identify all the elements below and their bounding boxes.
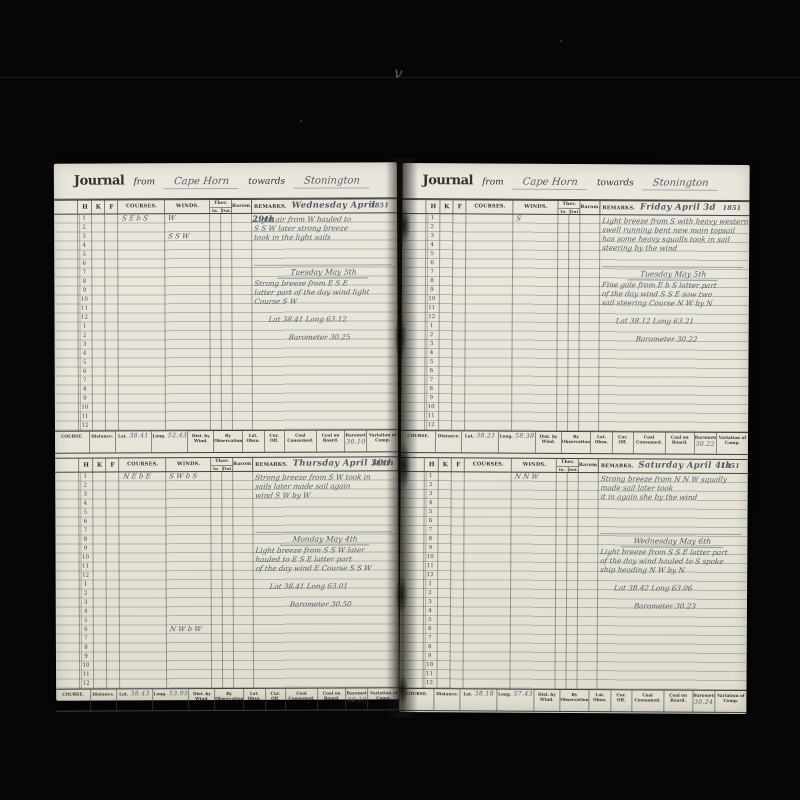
year-handwritten: 1851 [722, 202, 741, 215]
from-place-handwritten: Cape Horn [163, 176, 239, 189]
footer-label: Dist. by Wind. [540, 434, 558, 444]
hour-label: 8 [425, 277, 439, 286]
footer-cell: Coal Consumed. [632, 690, 664, 711]
hour-label: 4 [78, 350, 92, 359]
hour-grid: 123456789101112123456789101112S E b SWS … [54, 213, 398, 430]
footer-cell: Long. 53.95 [153, 689, 190, 710]
footer-label: Long. [498, 692, 511, 697]
wind-note-handwritten: N N W [514, 473, 539, 481]
footer-label: Barometer. [695, 435, 717, 440]
hour-label: 7 [78, 377, 92, 386]
column-rule [220, 214, 222, 430]
footer-value-handwritten: 57.43 [511, 691, 533, 698]
year-handwritten: 1851 [721, 460, 740, 473]
footer-label: Barometer. [347, 690, 369, 695]
footer-cell: Barometer. 30.24 [693, 691, 715, 712]
footer-label: Lat. [119, 691, 128, 696]
footer-label: Variation of Comp. [369, 432, 397, 442]
hour-label: 9 [423, 544, 437, 553]
summary-footer: COURSE.Distance.Lat. 38.21Long. 58.38Dis… [401, 430, 748, 455]
footer-cell: By Observation. [215, 689, 244, 710]
footer-value-handwritten: 38.21 [474, 432, 496, 439]
col-thermometer: Ther. In. Out. [557, 201, 580, 214]
remarks-entry: Tuesday May 5thFine gale from E b S latt… [602, 269, 745, 344]
log-section: H K F COURSES. WINDS. Ther. In. Out. Bar… [399, 457, 748, 713]
footer-cell: Barometer. 30.10 [345, 430, 367, 451]
footer-label: Coal on Board. [322, 433, 340, 443]
footer-label: By Observation. [560, 692, 589, 702]
hour-label: 1 [423, 580, 437, 589]
col-remarks: REMARKS. Thursday April 30th 1851 [252, 457, 398, 471]
footer-cell: By Observation. [560, 690, 589, 711]
entry-separator [255, 531, 392, 533]
year-handwritten: 1851 [371, 457, 390, 470]
lat-long-note: Lat 38.41 Long 63.01 [269, 581, 395, 591]
footer-label: Lat. [118, 433, 127, 438]
hour-label: 6 [423, 625, 437, 634]
footer-label: By Observation. [215, 691, 244, 701]
footer-cell: Lat. 38.41 [116, 431, 153, 452]
hour-label: 12 [424, 421, 438, 430]
entry-date-text: Monday May 4th [280, 534, 370, 545]
hour-label: 8 [423, 535, 437, 544]
hour-label: 2 [423, 589, 437, 598]
footer-label: COURSE. [406, 691, 428, 696]
footer-label: Coal Consumed. [636, 434, 662, 444]
footer-label: Coal Consumed. [634, 692, 660, 702]
footer-cell: Coal on Board. [318, 688, 347, 709]
col-hours: H [424, 458, 439, 471]
column-rule [449, 472, 451, 688]
journal-page-right: Journal from Cape Horn towards Stoningto… [399, 163, 749, 714]
hour-label: 10 [424, 403, 438, 412]
remark-line: wind S W by W [255, 490, 395, 500]
lat-long-note: Lat 38.12 Long 63.21 [615, 316, 745, 326]
entry-date-heading: Tuesday May 5th [602, 269, 745, 281]
from-label: from [133, 177, 155, 187]
journal-page-left: Journal from Cape Horn towards Stoningto… [54, 162, 399, 700]
footer-label: Lat. Obsn. [248, 691, 261, 701]
remark-line: sail steering Course N W by N [601, 298, 745, 308]
column-rule [578, 215, 580, 431]
barometer-note: Barometer 30.50 [289, 599, 395, 608]
footer-label: Coal Consumed. [287, 433, 313, 443]
hour-label: 4 [425, 241, 439, 250]
hour-label: 6 [77, 260, 91, 269]
hour-grid: 123456789101112123456789101112SLight bre… [401, 214, 749, 432]
remarks-entry: Tuesday May 5thStrong breeze from E S El… [254, 267, 393, 342]
footer-label: Distance. [92, 691, 114, 696]
column-rule [118, 472, 120, 688]
hour-label: 6 [78, 368, 92, 377]
hour-label: 8 [424, 385, 438, 394]
footer-label: Barometer. [345, 432, 367, 437]
footer-label: Lat. [465, 433, 474, 438]
hour-label: 4 [78, 500, 92, 509]
hour-label: 12 [423, 571, 437, 580]
footer-cell: Long. 58.38 [499, 432, 536, 453]
col-knots: K [91, 201, 105, 214]
remark-line: ship heading N W by N [600, 565, 744, 575]
column-rule [509, 473, 511, 689]
remark-line: Course S W [254, 296, 394, 306]
column-rule [221, 472, 223, 688]
hour-label: 3 [79, 599, 93, 608]
column-rule [209, 214, 211, 430]
footer-value-handwritten: 30.10 [345, 439, 366, 444]
footer-cell: Dist. by Wind. [536, 432, 562, 453]
footer-label: COURSE. [407, 433, 429, 438]
col-fathoms: F [451, 458, 465, 471]
remark-line: steering by the wind [602, 243, 746, 253]
footer-label: Coal on Board. [669, 693, 687, 703]
col-winds: WINDS. [165, 458, 211, 471]
hour-label: 3 [425, 232, 439, 241]
hour-label: 8 [78, 536, 92, 545]
entry-date-heading: Tuesday May 5th [254, 267, 393, 279]
footer-value-handwritten: 53.95 [167, 690, 189, 697]
footer-cell: Cur. Off. [265, 431, 285, 452]
footer-cell: COURSE. [401, 431, 436, 452]
column-rule [565, 473, 567, 689]
hour-label: 11 [79, 671, 93, 680]
hour-label: 12 [79, 680, 93, 689]
footer-label: Distance. [438, 433, 460, 438]
hour-label: 11 [79, 563, 93, 572]
hour-label: 2 [77, 224, 91, 233]
barometer-note: Barometer 30.23 [633, 601, 743, 611]
column-rule [251, 214, 253, 430]
barometer-note: Barometer 30.22 [635, 334, 745, 344]
remarks-entry: Strong breeze from S W took insails late… [255, 472, 394, 500]
footer-cell: Coal on Board. [664, 691, 693, 712]
hour-label: 9 [77, 287, 91, 296]
footer-cell: Dist. by Wind. [534, 690, 560, 711]
footer-label: By Observation. [214, 433, 243, 443]
col-barometer: Barom. [231, 200, 252, 213]
footer-value-handwritten: 58.38 [513, 433, 535, 440]
col-thermometer: Ther. In. Out. [210, 458, 233, 471]
remarks-label: REMARKS. [253, 462, 288, 468]
col-winds: WINDS. [512, 201, 558, 214]
footer-value-handwritten: 38.18 [472, 690, 494, 697]
remark-line: took in the light sails [254, 232, 394, 242]
ink-mark: v [393, 63, 404, 82]
footer-label: Variation of Comp. [370, 690, 398, 700]
column-rule [232, 472, 234, 688]
footer-label: Distance. [436, 691, 458, 696]
footer-cell: Distance. [436, 431, 462, 452]
footer-label: Long. [154, 691, 167, 696]
hour-label: 4 [423, 607, 437, 616]
hour-label: 3 [78, 491, 92, 500]
entry-date-text: Wednesday May 6th [620, 536, 723, 548]
footer-label: Cur. Off. [271, 691, 281, 701]
hour-label: 8 [78, 386, 92, 395]
towards-place-handwritten: Stonington [294, 175, 371, 188]
entry-date-heading: Wednesday May 6th [600, 536, 743, 548]
column-rule [104, 215, 106, 431]
footer-cell: Long. 52.43 [152, 431, 189, 452]
hour-label: 5 [78, 359, 92, 368]
column-rule [252, 472, 254, 688]
footer-label: Coal Consumed. [288, 691, 314, 701]
hour-label: 4 [424, 349, 438, 358]
footer-label: Long. [500, 434, 513, 439]
page-masthead: Journal from Cape Horn towards Stoningto… [402, 163, 749, 201]
col-hours: H [77, 201, 92, 214]
date-heading-handwritten: Friday April 3d [640, 202, 716, 212]
footer-value-handwritten: 30.22 [695, 442, 716, 447]
footer-cell: Lat. 38.21 [462, 431, 499, 452]
footer-cell: Variation of Comp. [715, 691, 746, 712]
footer-label: Variation of Comp. [717, 693, 745, 703]
from-place-handwritten: Cape Horn [512, 177, 589, 190]
page-sections: H K F COURSES. WINDS. Ther. In. Out. Bar… [399, 199, 749, 713]
footer-label: Cur. Off. [618, 434, 628, 444]
footer-label: Dist. by Wind. [193, 691, 211, 701]
hour-label: 7 [78, 527, 92, 536]
footer-label: COURSE. [61, 434, 83, 439]
entry-date-text: Tuesday May 5th [628, 269, 719, 281]
footer-cell: Variation of Comp. [717, 433, 748, 454]
footer-label: By Observation. [562, 434, 591, 444]
hour-label: 5 [79, 617, 93, 626]
summary-footer: COURSE.Distance.Lat. 38.43Long. 53.95Dis… [56, 687, 399, 711]
col-fathoms: F [105, 458, 119, 471]
from-label: from [482, 177, 504, 187]
hour-label: 1 [424, 472, 438, 481]
hour-label: 12 [78, 422, 92, 431]
hour-label: 9 [78, 395, 92, 404]
course-note-handwritten: N E b E [123, 472, 152, 480]
hour-label: 3 [77, 233, 91, 242]
footer-cell: Barometer. 30.19 [347, 688, 369, 709]
col-barometer: Barom. [579, 201, 600, 214]
remarks-entry: Monday May 4thLight breeze from S S W la… [255, 534, 394, 609]
footer-cell: Variation of Comp. [367, 430, 398, 451]
hour-label: 1 [79, 581, 93, 590]
log-section: H K F COURSES. WINDS. Ther. In. Out. Bar… [55, 456, 399, 711]
hour-label: 12 [79, 572, 93, 581]
dust-speck [300, 120, 302, 122]
col-winds: WINDS. [164, 200, 210, 213]
summary-footer: COURSE.Distance.Lat. 38.18Long. 57.43Dis… [399, 688, 746, 713]
remarks-entry: Wednesday May 6thLight breeze from S S E… [600, 536, 743, 611]
footer-cell: Lat. 38.18 [461, 689, 498, 710]
hour-label: 7 [423, 634, 437, 643]
remarks-entry: Strong breeze from N N W squallymade sai… [601, 474, 744, 502]
footer-label: Dist. by Wind. [538, 692, 556, 702]
footer-cell: COURSE. [399, 689, 434, 710]
hour-label: 11 [425, 304, 439, 313]
footer-label: Lat. Obsn. [593, 692, 606, 702]
column-rule [231, 214, 233, 430]
hour-label: 7 [425, 268, 439, 277]
hour-label: 11 [423, 562, 437, 571]
footer-cell: Coal Consumed. [633, 432, 665, 453]
hour-label: 3 [423, 598, 437, 607]
column-header-row: H K F COURSES. WINDS. Ther. In. Out. Bar… [54, 198, 397, 214]
wind-note-handwritten: N W b W [169, 625, 202, 633]
entry-separator [602, 266, 743, 268]
hour-label: 9 [424, 394, 438, 403]
footer-cell: Lat. 38.43 [117, 689, 154, 710]
footer-cell: By Observation. [214, 431, 243, 452]
hour-label: 4 [77, 242, 91, 251]
col-barometer: Barom. [578, 459, 599, 472]
column-rule [576, 473, 578, 689]
entry-separator [600, 533, 741, 535]
footer-cell: Lat. Obsn. [591, 432, 613, 453]
remarks-label: REMARKS. [600, 205, 635, 211]
footer-cell: Distance. [435, 689, 461, 710]
year-handwritten: 1851 [370, 199, 389, 212]
hour-label: 3 [425, 340, 439, 349]
lat-long-note: Lat 38.41 Long 63.12 [268, 314, 394, 324]
remarks-label: REMARKS. [599, 463, 634, 469]
footer-cell: Distance. [91, 689, 117, 710]
entry-date-text: Tuesday May 5th [278, 267, 369, 278]
hour-label: 9 [79, 653, 93, 662]
column-rule [567, 215, 569, 431]
dust-speck [560, 40, 562, 42]
hour-label: 4 [424, 499, 438, 508]
footer-value-handwritten: 30.24 [693, 700, 714, 705]
remarks-entry: Light air from W hauled toS S W later st… [254, 214, 393, 242]
hour-label: 10 [423, 661, 437, 670]
footer-label: Lat. Obsn. [247, 433, 260, 443]
hour-label: 2 [425, 223, 439, 232]
remarks-entry: Light breeze from S with heavy westernsw… [602, 216, 745, 253]
hour-label: 1 [425, 214, 439, 223]
summary-footer: COURSE.Distance.Lat. 38.41Long. 52.43Dis… [55, 429, 398, 453]
hour-label: 1 [425, 322, 439, 331]
col-knots: K [439, 200, 453, 213]
entry-separator [254, 264, 391, 266]
footer-cell: Barometer. 30.22 [695, 433, 717, 454]
footer-value-handwritten: 38.43 [128, 690, 150, 697]
hour-label: 5 [424, 358, 438, 367]
hour-label: 1 [77, 215, 91, 224]
footer-label: Coal on Board. [323, 691, 341, 701]
footer-label: Variation of Comp. [719, 435, 747, 445]
hour-label: 4 [79, 608, 93, 617]
hour-label: 10 [79, 662, 93, 671]
column-rule [164, 214, 166, 430]
wind-note-handwritten: S W b S [169, 472, 198, 480]
column-rule [117, 214, 119, 430]
journal-title: Journal [74, 173, 125, 188]
footer-cell: Dist. by Wind. [190, 689, 216, 710]
footer-cell: Lat. Obsn. [589, 690, 611, 711]
col-remarks: REMARKS. Friday April 3d 1851 [599, 201, 749, 215]
hour-label: 10 [78, 404, 92, 413]
col-remarks: REMARKS. Saturday April 4th 1851 [598, 459, 748, 473]
col-courses: COURSES. [465, 200, 513, 213]
column-rule [105, 473, 107, 689]
footer-cell: Coal on Board. [317, 430, 346, 451]
log-section: H K F COURSES. WINDS. Ther. In. Out. Bar… [54, 198, 398, 453]
footer-cell: Dist. by Wind. [188, 431, 214, 452]
course-note-handwritten: S E b S [122, 214, 149, 222]
col-hours: H [78, 459, 93, 472]
hour-label: 12 [77, 314, 91, 323]
footer-label: Lat. Obsn. [595, 434, 608, 444]
hour-label: 6 [79, 626, 93, 635]
footer-cell: Cur. Off. [611, 690, 632, 711]
hour-label: 1 [78, 473, 92, 482]
hour-label: 7 [79, 635, 93, 644]
footer-cell: Coal Consumed. [286, 689, 318, 710]
hour-label: 5 [425, 250, 439, 259]
column-rule [556, 215, 558, 431]
footer-cell: Coal on Board. [666, 433, 695, 454]
footer-value-handwritten: 38.41 [127, 432, 149, 439]
hour-label: 6 [78, 518, 92, 527]
hour-label: 5 [423, 616, 437, 625]
footer-cell: Coal Consumed. [285, 431, 317, 452]
column-rule [464, 214, 466, 430]
remark-line: of the day wind E Course S S W [255, 563, 395, 573]
col-fathoms: F [452, 200, 466, 213]
column-rule [511, 215, 513, 431]
footer-label: Long. [152, 433, 165, 438]
hour-grid: 123456789101112123456789101112N N WStron… [399, 472, 747, 690]
hour-label: 11 [77, 305, 91, 314]
footer-label: Coal on Board. [671, 435, 689, 445]
remarks-label: REMARKS. [252, 204, 287, 210]
col-winds: WINDS. [511, 459, 557, 472]
footer-label: Lat. [463, 691, 472, 696]
col-fathoms: F [104, 200, 118, 213]
hour-label: 10 [425, 295, 439, 304]
hour-label: 8 [77, 278, 91, 287]
hour-label: 10 [77, 296, 91, 305]
log-section: H K F COURSES. WINDS. Ther. In. Out. Bar… [401, 199, 750, 455]
footer-value-handwritten: 52.43 [166, 432, 188, 439]
hour-label: 11 [424, 412, 438, 421]
hour-label: 9 [78, 545, 92, 554]
footer-label: Cur. Off. [616, 692, 626, 702]
towards-label: towards [248, 177, 285, 187]
towards-label: towards [597, 178, 634, 188]
hour-label: 2 [425, 331, 439, 340]
hour-label: 7 [423, 526, 437, 535]
col-hours: H [425, 200, 440, 213]
journal-title: Journal [423, 173, 474, 188]
hour-label: 10 [423, 553, 437, 562]
hour-label: 12 [425, 313, 439, 322]
towards-place-handwritten: Stonington [642, 177, 719, 190]
hour-label: 5 [77, 251, 91, 260]
footer-cell: Long. 57.43 [497, 690, 534, 711]
hour-label: 2 [79, 590, 93, 599]
page-masthead: Journal from Cape Horn towards Stoningto… [54, 162, 397, 199]
col-remarks: REMARKS. Wednesday April 29th 1851 [251, 199, 397, 213]
hour-grid: 123456789101112123456789101112N E b ES W… [55, 471, 399, 688]
wind-note-handwritten: S S W [168, 232, 190, 240]
hour-label: 5 [78, 509, 92, 518]
footer-label: COURSE. [62, 692, 84, 697]
barometer-note: Barometer 30.25 [288, 332, 394, 341]
date-heading-handwritten: Saturday April 4th [638, 460, 731, 471]
col-courses: COURSES. [464, 458, 512, 471]
hour-label: 2 [424, 481, 438, 490]
entry-date-heading: Monday May 4th [255, 534, 394, 546]
hour-label: 12 [422, 679, 436, 688]
hour-label: 3 [78, 341, 92, 350]
